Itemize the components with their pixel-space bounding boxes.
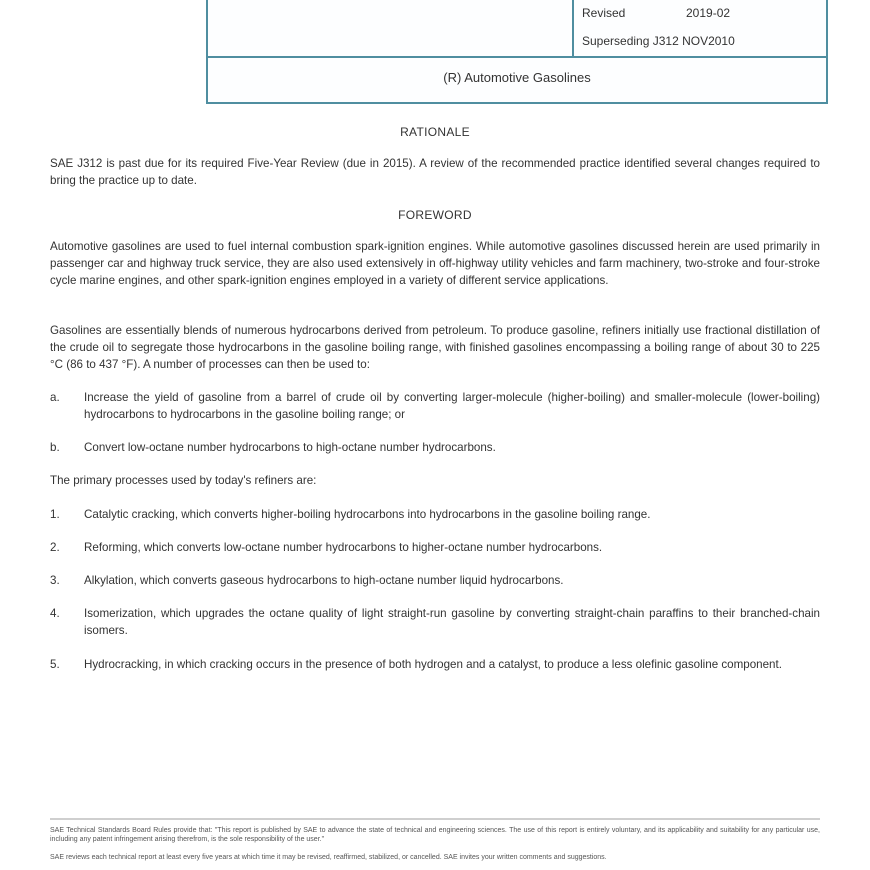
list-label: 1. (50, 506, 60, 523)
list-label: a. (50, 389, 60, 406)
process-item-4: 4. Isomerization, which upgrades the oct… (50, 605, 820, 639)
footer-divider (50, 818, 820, 820)
process-item-5: 5. Hydrocracking, in which cracking occu… (50, 656, 820, 673)
list-text: Catalytic cracking, which converts highe… (84, 506, 820, 523)
list-label: 5. (50, 656, 60, 673)
document-header-box: Revised 2019-02 Superseding J312 NOV2010… (206, 0, 828, 104)
process-item-1: 1. Catalytic cracking, which converts hi… (50, 506, 820, 523)
list-text: Increase the yield of gasoline from a ba… (84, 389, 820, 423)
list-label: 3. (50, 572, 60, 589)
list-label: b. (50, 439, 60, 456)
footer-notice-2: SAE reviews each technical report at lea… (50, 853, 820, 862)
foreword-heading: FOREWORD (50, 208, 820, 222)
rationale-heading: RATIONALE (50, 125, 820, 139)
list-text: Hydrocracking, in which cracking occurs … (84, 656, 820, 673)
process-item-2: 2. Reforming, which converts low-octane … (50, 539, 820, 556)
revised-row: Revised 2019-02 (582, 6, 625, 20)
list-text: Reforming, which converts low-octane num… (84, 539, 820, 556)
list-text: Alkylation, which converts gaseous hydro… (84, 572, 820, 589)
list-label: 4. (50, 605, 60, 622)
document-title: (R) Automotive Gasolines (208, 70, 826, 85)
processes-intro: The primary processes used by today's re… (50, 472, 820, 489)
list-text: Isomerization, which upgrades the octane… (84, 605, 820, 639)
foreword-paragraph-1: Automotive gasolines are used to fuel in… (50, 238, 820, 289)
list-text: Convert low-octane number hydrocarbons t… (84, 439, 820, 456)
foreword-paragraph-2: Gasolines are essentially blends of nume… (50, 322, 820, 373)
process-item-3: 3. Alkylation, which converts gaseous hy… (50, 572, 820, 589)
list-label: 2. (50, 539, 60, 556)
footer-notice-1: SAE Technical Standards Board Rules prov… (50, 826, 820, 844)
superseding-row: Superseding J312 NOV2010 (582, 34, 735, 48)
rationale-text: SAE J312 is past due for its required Fi… (50, 155, 820, 189)
header-top-section: Revised 2019-02 Superseding J312 NOV2010 (208, 0, 826, 58)
revised-value: 2019-02 (686, 6, 730, 20)
revised-label: Revised (582, 6, 625, 20)
list-item-a: a. Increase the yield of gasoline from a… (50, 389, 820, 423)
header-revision-panel: Revised 2019-02 Superseding J312 NOV2010 (572, 0, 830, 56)
superseding-text: Superseding J312 NOV2010 (582, 34, 735, 48)
list-item-b: b. Convert low-octane number hydrocarbon… (50, 439, 820, 456)
